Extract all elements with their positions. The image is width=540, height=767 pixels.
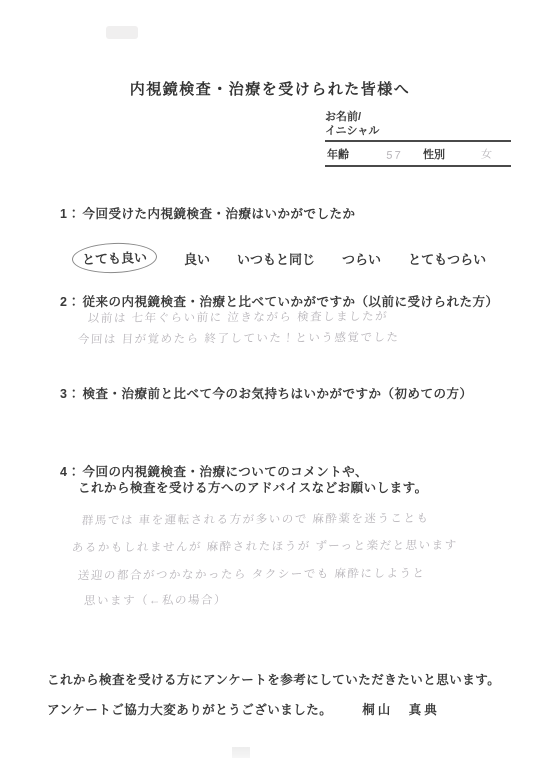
question-3-number: 3： — [60, 387, 80, 401]
age-gender-row: 年齢 57 性別 女 — [325, 142, 511, 167]
age-label: 年齢 — [327, 146, 365, 162]
footer-thanks-text: アンケートご協力大変ありがとうございました。 — [47, 703, 332, 717]
question-4-text-line-2: これから検査を受ける方へのアドバイスなどお願いします。 — [78, 481, 428, 495]
question-4-answer-line-4: 思います（←私の場合） — [83, 592, 227, 609]
question-2-text: 従来の内視鏡検査・治療と比べていかがですか（以前に受けられた方） — [82, 295, 498, 309]
question-1-heading: 1：今回受けた内視鏡検査・治療はいかがでしたか — [60, 204, 355, 222]
question-3-heading: 3：検査・治療前と比べて今のお気持ちはいかがですか（初めての方） — [60, 384, 472, 402]
question-1-number: 1： — [60, 207, 80, 221]
question-2-answer-line-1: 以前は 七年ぐらい前に 泣きながら 検査しましたが — [87, 308, 388, 326]
question-4-answer-line-3: 送迎の都合がつかなかったら タクシーでも 麻酔にしようと — [77, 565, 426, 583]
option-yoi: 良い — [184, 249, 210, 268]
question-4-number: 4： — [60, 465, 80, 479]
footer-thanks-row: アンケートご協力大変ありがとうございました。桐山 真典 — [47, 700, 440, 718]
option-tsurai: つらい — [342, 249, 381, 268]
scan-smudge-bottom — [232, 747, 250, 758]
question-3-text: 検査・治療前と比べて今のお気持ちはいかがですか（初めての方） — [82, 387, 472, 401]
footer-signature: 桐山 真典 — [362, 703, 440, 717]
question-4-answer-line-1: 群馬では 車を運転される方が多いので 麻酔薬を迷うことも — [81, 510, 430, 528]
question-2-heading: 2：従来の内視鏡検査・治療と比べていかがですか（以前に受けられた方） — [60, 292, 498, 310]
scan-smudge-top — [106, 26, 138, 39]
option-itsumo-to-onaji: いつもと同じ — [237, 249, 315, 268]
option-totemo-tsurai: とてもつらい — [408, 249, 486, 268]
name-label-line1: お名前/ — [325, 110, 511, 124]
age-handwritten-value: 57 — [365, 149, 424, 162]
scanned-questionnaire-page: 内視鏡検査・治療を受けられた皆様へ お名前/ イニシャル 年齢 57 性別 女 … — [0, 0, 540, 767]
respondent-info-block: お名前/ イニシャル 年齢 57 性別 女 — [325, 110, 511, 167]
question-2-number: 2： — [60, 295, 80, 309]
question-2-answer-line-2: 今回は 目が覚めたら 終了していた！という感覚でした — [77, 329, 400, 347]
page-title: 内視鏡検査・治療を受けられた皆様へ — [0, 78, 540, 99]
gender-handwritten-value: 女 — [465, 146, 510, 162]
name-label-line2: イニシャル — [325, 124, 511, 138]
question-4-text-line-1: 今回の内視鏡検査・治療についてのコメントや、 — [82, 465, 368, 479]
question-4-answer-line-2: あるかもしれませんが 麻酔されたほうが ずーっと楽だと思います — [71, 537, 458, 556]
question-1-text: 今回受けた内視鏡検査・治療はいかがでしたか — [82, 207, 355, 221]
footer-note: これから検査を受ける方にアンケートを参考にしていただきたいと思います。 — [47, 670, 500, 688]
gender-label: 性別 — [423, 146, 465, 162]
question-4-heading-line-2: これから検査を受ける方へのアドバイスなどお願いします。 — [78, 478, 428, 496]
question-1-options: とても良い 良い いつもと同じ つらい とてもつらい — [72, 243, 486, 273]
option-totemo-yoi-circled: とても良い — [72, 242, 158, 275]
